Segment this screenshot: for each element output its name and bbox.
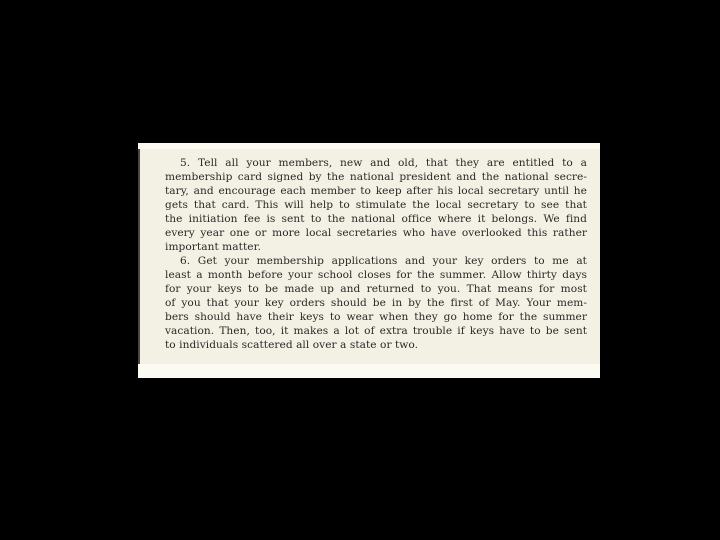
text-line: bers should have their keys to wear when… <box>150 310 587 324</box>
paragraph-6: 6. Get your membership applications and … <box>150 254 587 352</box>
text-line: gets that card. This will help to stimul… <box>150 198 587 212</box>
paragraph-5: 5. Tell all your members, new and old, t… <box>150 156 587 254</box>
text-line: for your keys to be made up and returned… <box>150 282 587 296</box>
text-line: 5. Tell all your members, new and old, t… <box>150 156 587 170</box>
text-line: tary, and encourage each member to keep … <box>150 184 587 198</box>
page-bottom-margin <box>138 364 600 378</box>
text-line: membership card signed by the national p… <box>150 170 587 184</box>
text-line: every year one or more local secretaries… <box>150 226 587 240</box>
text-line: the initiation fee is sent to the nation… <box>150 212 587 226</box>
text-line: 6. Get your membership applications and … <box>150 254 587 268</box>
document-body: 5. Tell all your members, new and old, t… <box>150 156 587 352</box>
page-left-edge-shadow <box>138 149 140 364</box>
text-line: to individuals scattered all over a stat… <box>150 338 587 352</box>
scanned-document-page: 5. Tell all your members, new and old, t… <box>138 143 600 378</box>
text-line: least a month before your school closes … <box>150 268 587 282</box>
page-top-margin <box>138 143 600 149</box>
text-line: of you that your key orders should be in… <box>150 296 587 310</box>
text-line: important matter. <box>150 240 587 254</box>
text-line: vacation. Then, too, it makes a lot of e… <box>150 324 587 338</box>
